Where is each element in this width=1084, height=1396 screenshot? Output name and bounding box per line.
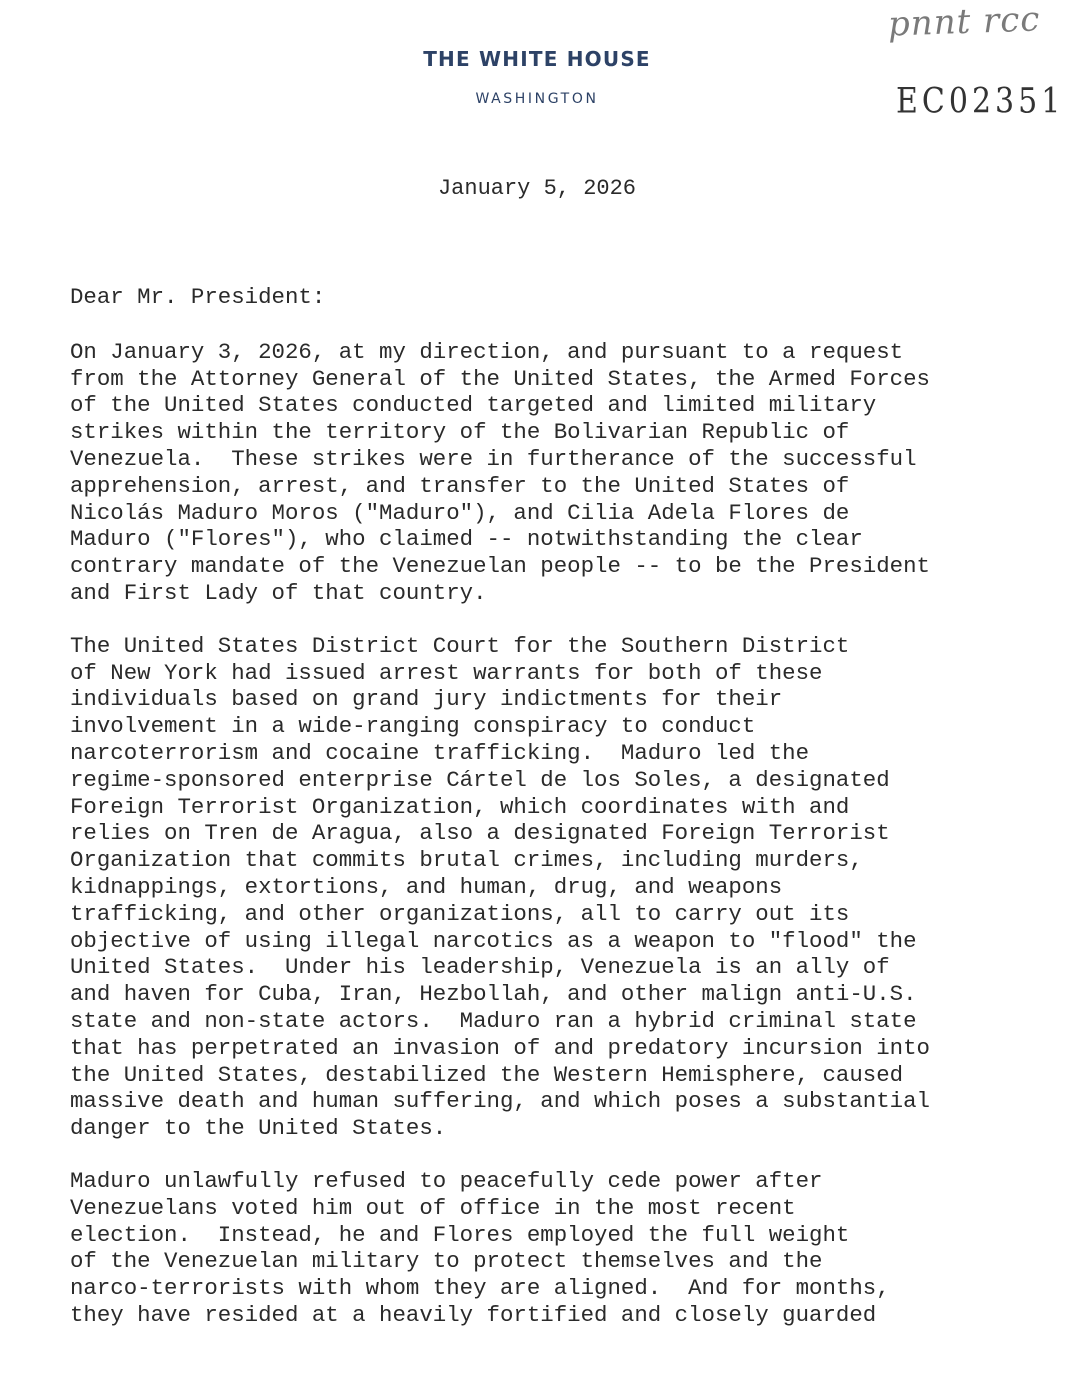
paragraph-line: Maduro ("Flores"), who claimed -- notwit…	[70, 526, 1060, 553]
paragraph-line: strikes within the territory of the Boli…	[70, 419, 1060, 446]
paragraph-line: Nicolás Maduro Moros ("Maduro"), and Cil…	[70, 500, 1060, 527]
paragraph-line: state and non-state actors. Maduro ran a…	[70, 1008, 1060, 1035]
paragraph-line: involvement in a wide-ranging conspiracy…	[70, 713, 1060, 740]
paragraph-line: they have resided at a heavily fortified…	[70, 1302, 1060, 1329]
paragraph-line: Venezuela. These strikes were in further…	[70, 446, 1060, 473]
paragraph-line: relies on Tren de Aragua, also a designa…	[70, 820, 1060, 847]
salutation: Dear Mr. President:	[70, 284, 1060, 311]
paragraph-line: Venezuelans voted him out of office in t…	[70, 1195, 1060, 1222]
paragraph-line: election. Instead, he and Flores employe…	[70, 1222, 1060, 1249]
paragraph-line: danger to the United States.	[70, 1115, 1060, 1142]
document-stamp-number: EC02351	[896, 81, 1064, 121]
paragraph: The United States District Court for the…	[70, 633, 1060, 1142]
paragraph: On January 3, 2026, at my direction, and…	[70, 339, 1060, 607]
letterhead-title: THE WHITE HOUSE	[0, 47, 1074, 71]
paragraph-line: Maduro unlawfully refused to peacefully …	[70, 1168, 1060, 1195]
paragraph-line: the United States, destabilized the West…	[70, 1062, 1060, 1089]
paragraph-line: contrary mandate of the Venezuelan peopl…	[70, 553, 1060, 580]
paragraph-line: from the Attorney General of the United …	[70, 366, 1060, 393]
paragraph-line: Organization that commits brutal crimes,…	[70, 847, 1060, 874]
paragraph-line: massive death and human suffering, and w…	[70, 1088, 1060, 1115]
paragraph-line: United States. Under his leadership, Ven…	[70, 954, 1060, 981]
paragraph-line: Foreign Terrorist Organization, which co…	[70, 794, 1060, 821]
paragraph-line: apprehension, arrest, and transfer to th…	[70, 473, 1060, 500]
paragraph-line: narco-terrorists with whom they are alig…	[70, 1275, 1060, 1302]
paragraph-line: of the United States conducted targeted …	[70, 392, 1060, 419]
paragraph-line: of the Venezuelan military to protect th…	[70, 1248, 1060, 1275]
letter-body: Dear Mr. President: On January 3, 2026, …	[70, 284, 1060, 1355]
paragraph-line: that has perpetrated an invasion of and …	[70, 1035, 1060, 1062]
letter-paragraphs: On January 3, 2026, at my direction, and…	[70, 339, 1060, 1329]
letter-date: January 5, 2026	[0, 176, 1074, 201]
paragraph-line: regime-sponsored enterprise Cártel de lo…	[70, 767, 1060, 794]
paragraph-line: objective of using illegal narcotics as …	[70, 928, 1060, 955]
paragraph-line: trafficking, and other organizations, al…	[70, 901, 1060, 928]
paragraph-line: individuals based on grand jury indictme…	[70, 686, 1060, 713]
paragraph-line: kidnappings, extortions, and human, drug…	[70, 874, 1060, 901]
paragraph-line: of New York had issued arrest warrants f…	[70, 660, 1060, 687]
paragraph: Maduro unlawfully refused to peacefully …	[70, 1168, 1060, 1329]
paragraph-line: narcoterrorism and cocaine trafficking. …	[70, 740, 1060, 767]
paragraph-line: The United States District Court for the…	[70, 633, 1060, 660]
paragraph-line: On January 3, 2026, at my direction, and…	[70, 339, 1060, 366]
paragraph-line: and haven for Cuba, Iran, Hezbollah, and…	[70, 981, 1060, 1008]
paragraph-line: and First Lady of that country.	[70, 580, 1060, 607]
handwritten-note: pnnt rcc	[887, 0, 1041, 45]
